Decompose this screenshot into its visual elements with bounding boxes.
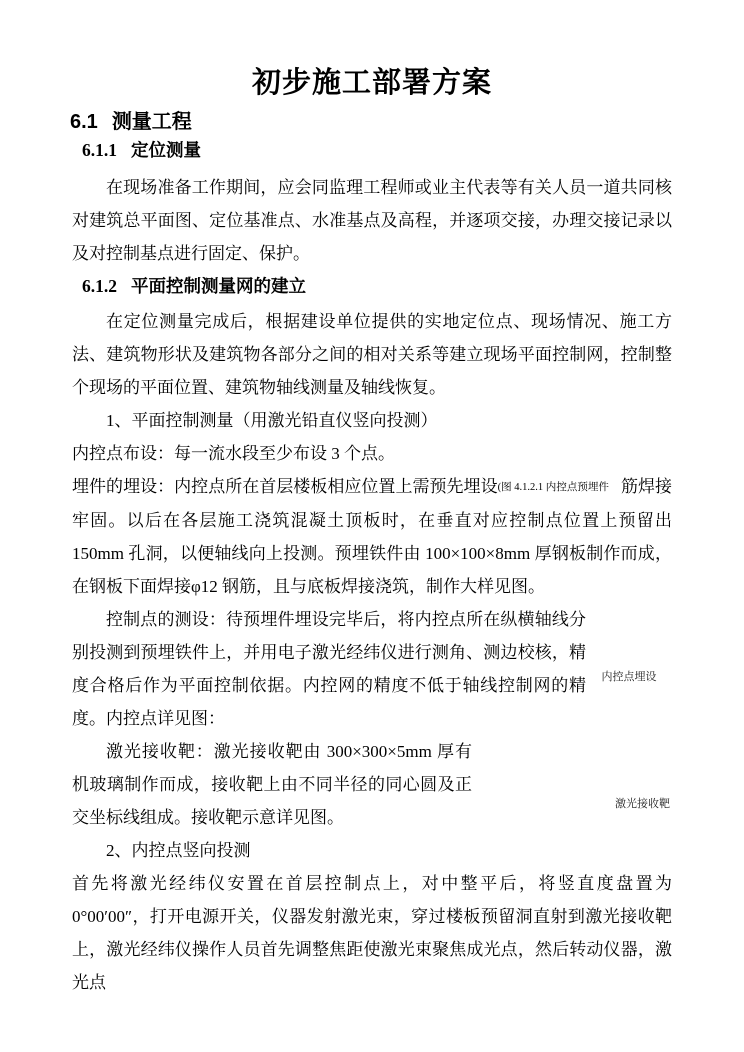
section-number: 6.1.1 [82, 140, 117, 160]
heading-6-1: 6.1测量工程 [70, 108, 672, 136]
section-title: 平面控制测量网的建立 [131, 276, 306, 296]
document-title: 初步施工部署方案 [72, 64, 672, 102]
document-body: 在现场准备工作期间，应会同监理工程师或业主代表等有关人员一道共同核对建筑总平面图… [72, 171, 672, 999]
section-number: 6.1 [70, 111, 98, 133]
section-title: 定位测量 [131, 140, 201, 160]
figure-placeholder-embed-point: 内控点埋设 [586, 570, 672, 735]
figure-caption-embed-point: 内控点埋设 [602, 670, 657, 684]
heading-6-1-1: 6.1.1定位测量 [82, 138, 672, 163]
paragraph-laser-target: 激光接收靶激光接收靶：激光接收靶由 300×300×5mm 厚有机玻璃制作而成，… [72, 735, 672, 834]
heading-6-1-2: 6.1.2平面控制测量网的建立 [82, 274, 672, 299]
paragraph-control-point-survey: 控制点的测设：待预埋件埋设完毕后，将内控点所在纵横轴线分别投测到预埋铁件上，并用… [72, 603, 672, 735]
figure-reference: (图 4.1.2.1 内控点预埋件 [498, 482, 609, 493]
paragraph-control-net-intro: 在定位测量完成后，根据建设单位提供的实地定位点、现场情况、施工方法、建筑物形状及… [72, 305, 672, 404]
paragraph-vertical-projection: 首先将激光经纬仪安置在首层控制点上，对中整平后，将竖直度盘置为 0°00′00″… [72, 867, 672, 999]
embedment-text-1: 埋件的埋设：内控点所在首层楼板相应位置上需预先埋设 [72, 477, 498, 496]
figure-caption-laser-target: 激光接收靶 [615, 797, 670, 811]
list-item-plane-control: 1、平面控制测量（用激光铅直仪竖向投测） [72, 404, 672, 437]
document-page: 初步施工部署方案 6.1测量工程 6.1.1定位测量 在现场准备工作期间，应会同… [0, 0, 744, 1052]
paragraph-survey-handover: 在现场准备工作期间，应会同监理工程师或业主代表等有关人员一道共同核对建筑总平面图… [72, 171, 672, 270]
paragraph-point-layout: 内控点布设：每一流水段至少布设 3 个点。 [72, 437, 672, 470]
laser-target-text: 激光接收靶：激光接收靶由 300×300×5mm 厚有机玻璃制作而成，接收靶上由… [72, 742, 472, 827]
section-title: 测量工程 [112, 111, 192, 133]
section-number: 6.1.2 [82, 276, 117, 296]
figure-placeholder-laser-target: 激光接收靶 [472, 735, 672, 845]
embedment-text-3: 在钢板下面焊接φ12 钢筋，且与底板焊接浇筑，制作大样见图。 [72, 577, 545, 596]
paragraph-embedment: 埋件的埋设：内控点所在首层楼板相应位置上需预先埋设(图 4.1.2.1 内控点预… [72, 470, 672, 603]
